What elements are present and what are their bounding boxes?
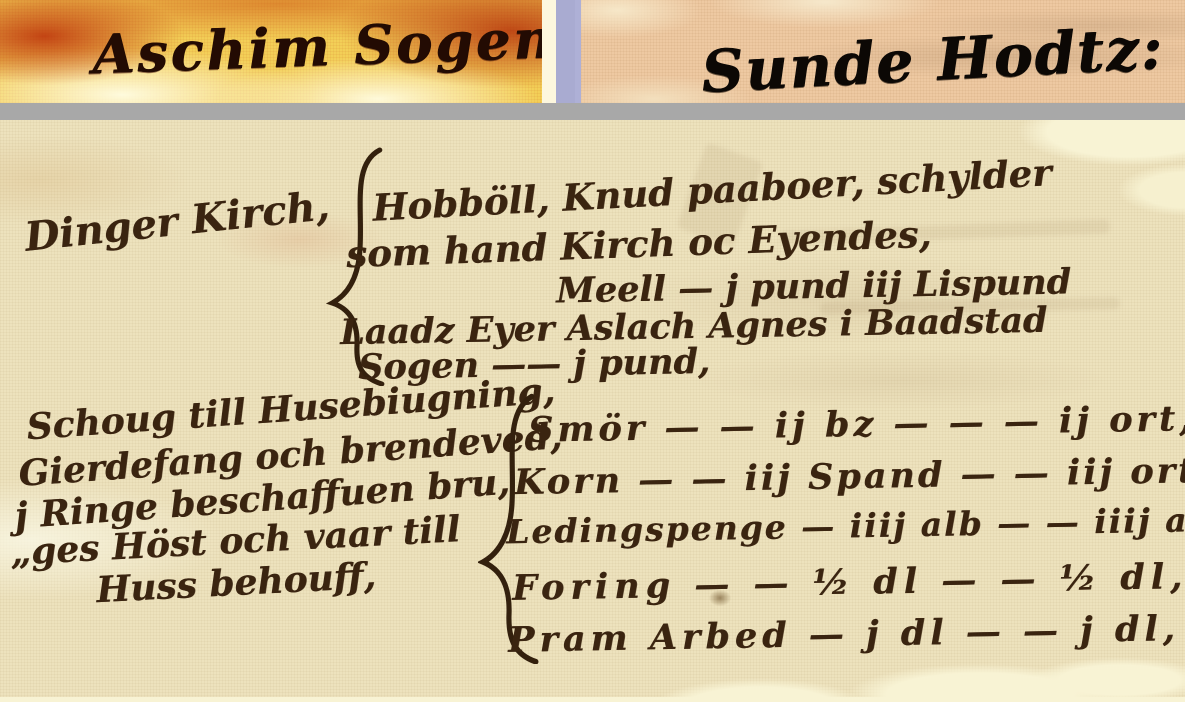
header-divider <box>556 0 575 103</box>
header-strip-left: Aschim Sogen, <box>0 0 556 103</box>
manuscript-scan: Aschim Sogen, Sunde Hodtz: Dinger Kirch,… <box>0 0 1185 702</box>
parish-title: Aschim Sogen, <box>91 6 578 87</box>
scan-divider-band <box>0 103 1185 120</box>
estate-title: Sunde Hodtz: <box>700 14 1166 106</box>
header-strip-right: Sunde Hodtz: <box>575 0 1185 103</box>
